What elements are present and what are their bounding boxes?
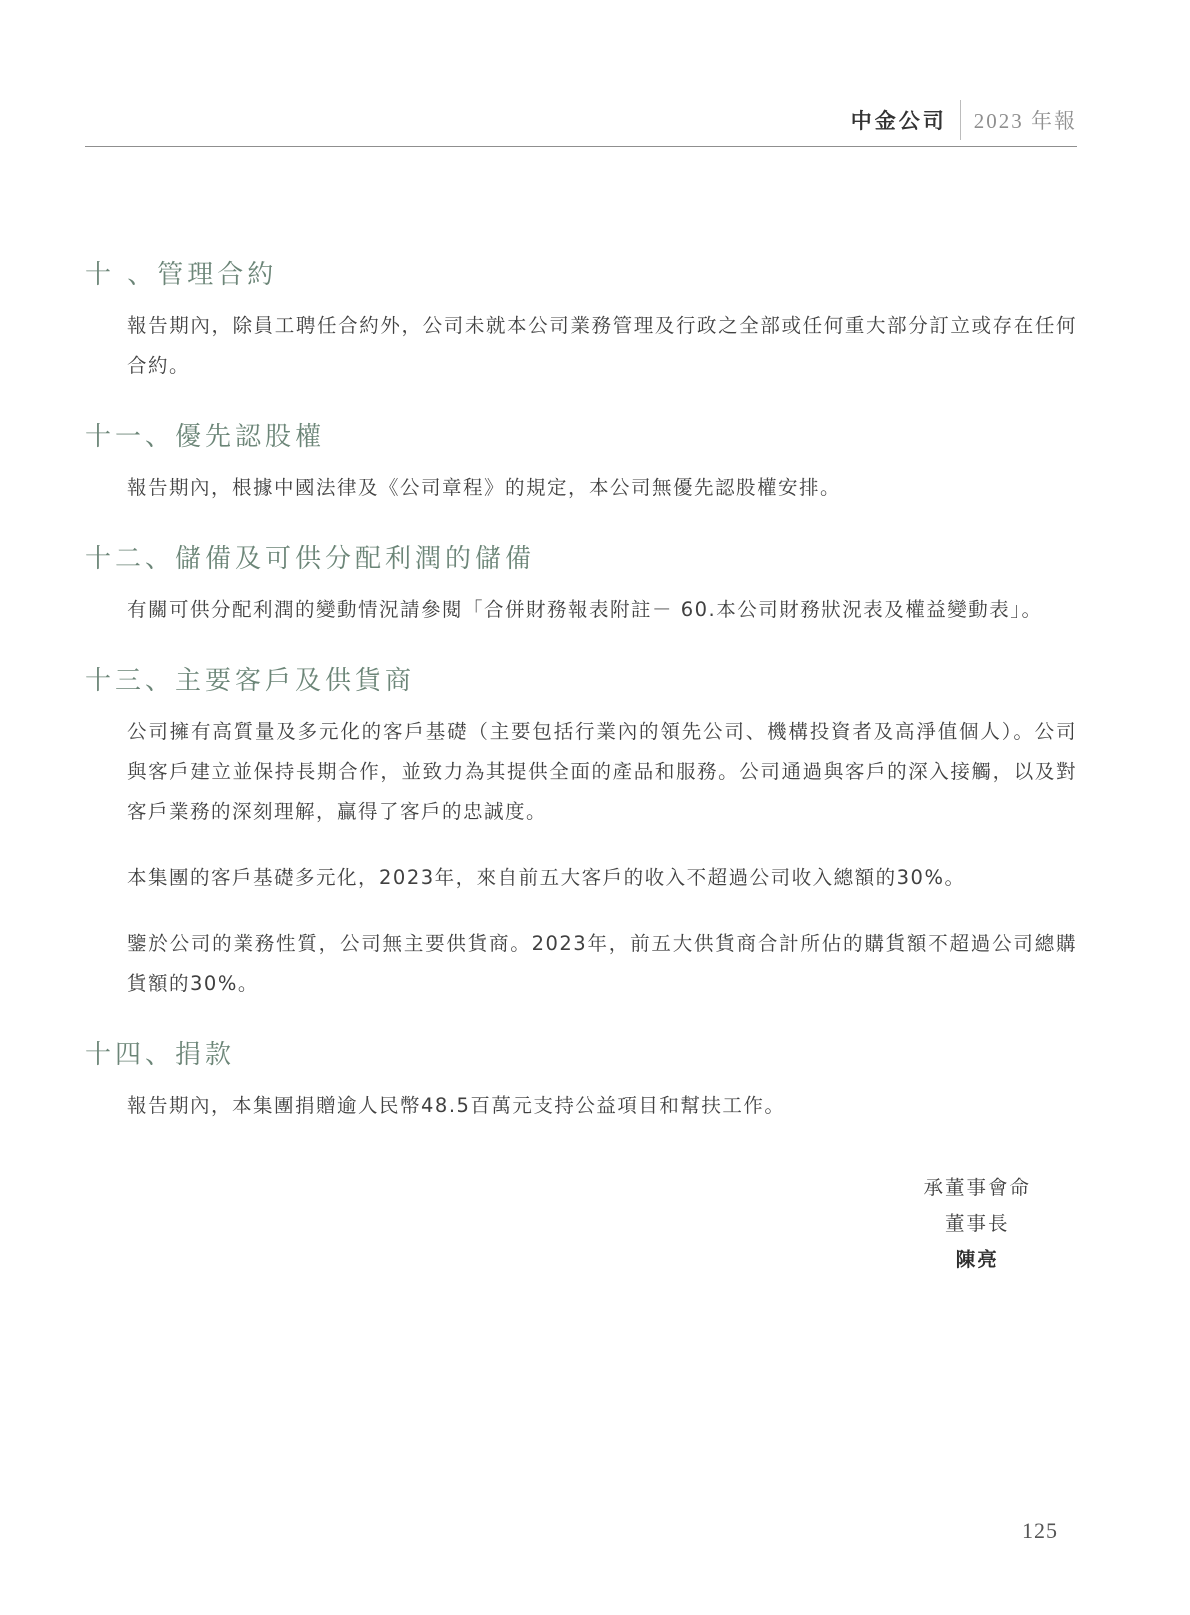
page-content: 十 、管理合約 報告期內，除員工聘任合約外，公司未就本公司業務管理及行政之全部或… bbox=[85, 258, 1077, 1278]
section-heading-reserves: 十二、儲備及可供分配利潤的儲備 bbox=[85, 542, 1077, 576]
page-number: 125 bbox=[1022, 1518, 1058, 1544]
company-name: 中金公司 bbox=[851, 105, 960, 135]
section-heading-donations: 十四、捐款 bbox=[85, 1038, 1077, 1072]
paragraph: 報告期內，本集團捐贈逾人民幣48.5百萬元支持公益項目和幫扶工作。 bbox=[127, 1086, 1077, 1126]
paragraph: 有關可供分配利潤的變動情況請參閱「合併財務報表附註－ 60.本公司財務狀況表及權… bbox=[127, 590, 1077, 630]
signature-block: 承董事會命 董事長 陳亮 bbox=[923, 1170, 1031, 1278]
paragraph: 報告期內，除員工聘任合約外，公司未就本公司業務管理及行政之全部或任何重大部分訂立… bbox=[127, 306, 1077, 386]
section-heading-management-contracts: 十 、管理合約 bbox=[85, 258, 1077, 292]
running-header: 中金公司 2023 年報 bbox=[851, 100, 1077, 140]
paragraph: 公司擁有高質量及多元化的客戶基礎（主要包括行業內的領先公司、機構投資者及高淨值個… bbox=[127, 712, 1077, 832]
signature-on-behalf: 承董事會命 bbox=[923, 1170, 1031, 1206]
signature-name: 陳亮 bbox=[923, 1242, 1031, 1278]
section-heading-major-customers-suppliers: 十三、主要客戶及供貨商 bbox=[85, 664, 1077, 698]
report-title: 2023 年報 bbox=[961, 105, 1077, 135]
paragraph: 本集團的客戶基礎多元化，2023年，來自前五大客戶的收入不超過公司收入總額的30… bbox=[127, 858, 1077, 898]
signature-title: 董事長 bbox=[923, 1206, 1031, 1242]
report-page: 中金公司 2023 年報 十 、管理合約 報告期內，除員工聘任合約外，公司未就本… bbox=[0, 0, 1190, 1615]
paragraph: 鑒於公司的業務性質，公司無主要供貨商。2023年，前五大供貨商合計所佔的購貨額不… bbox=[127, 924, 1077, 1004]
section-heading-preemptive-rights: 十一、優先認股權 bbox=[85, 420, 1077, 454]
header-rule bbox=[85, 146, 1077, 147]
paragraph: 報告期內，根據中國法律及《公司章程》的規定，本公司無優先認股權安排。 bbox=[127, 468, 1077, 508]
